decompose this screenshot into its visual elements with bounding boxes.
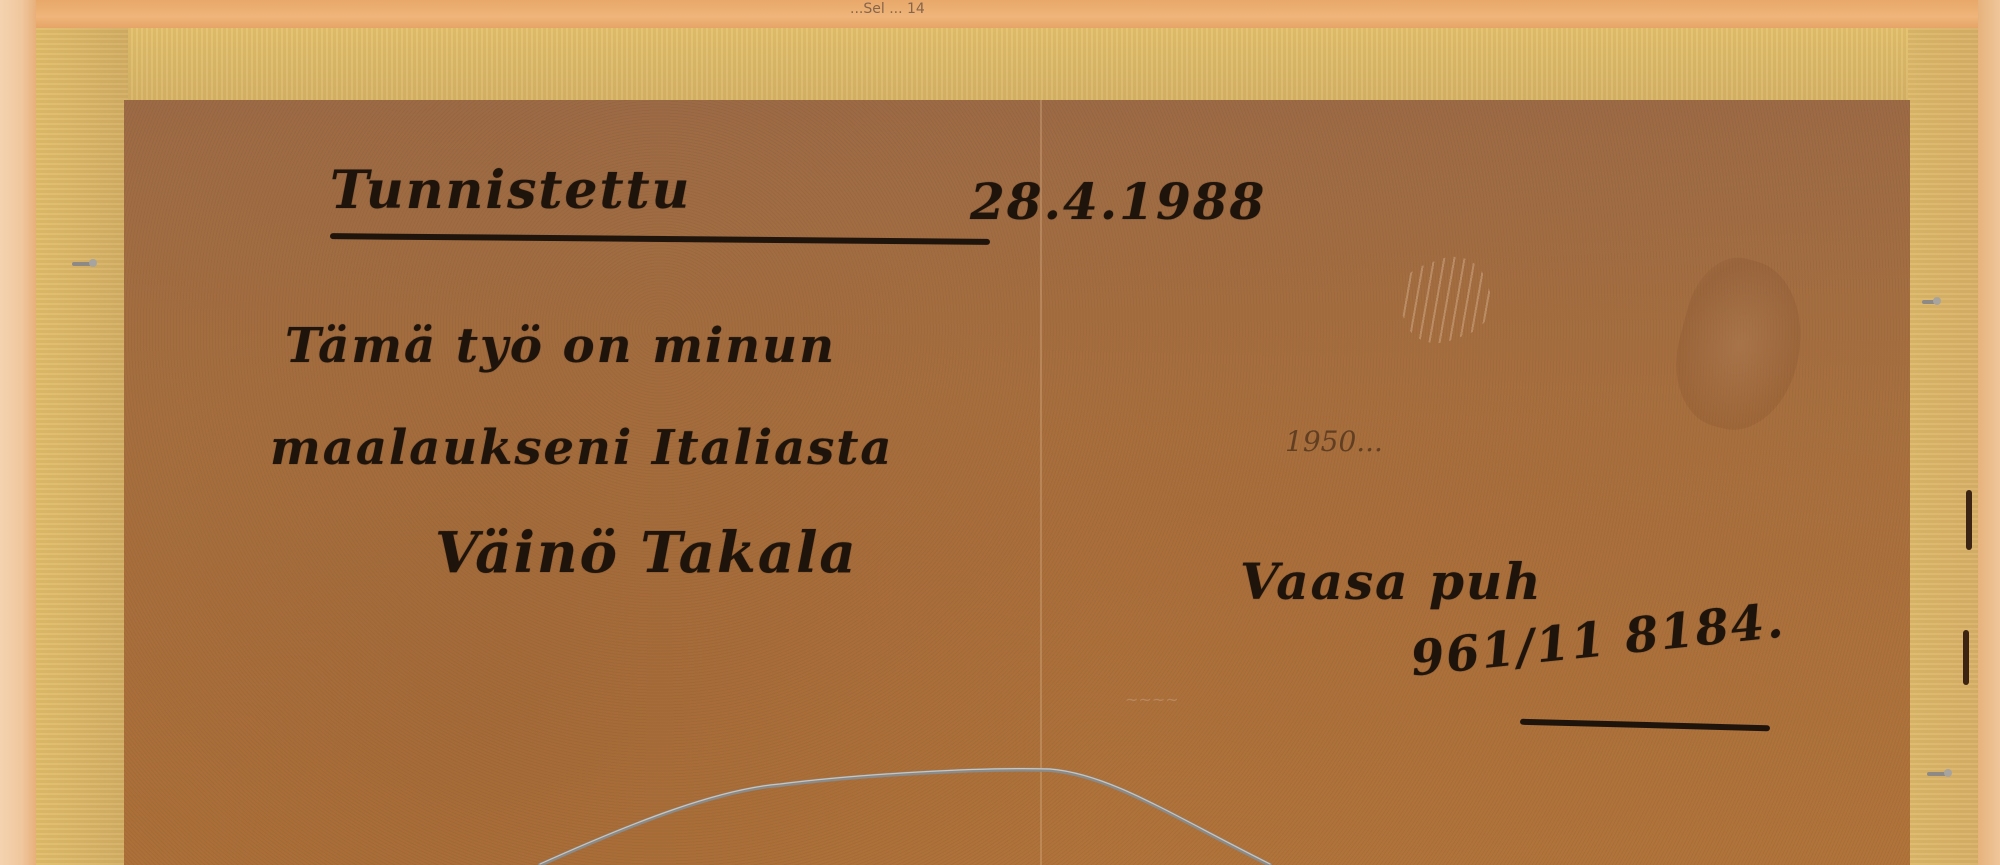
- hanging-wire: [0, 0, 2000, 865]
